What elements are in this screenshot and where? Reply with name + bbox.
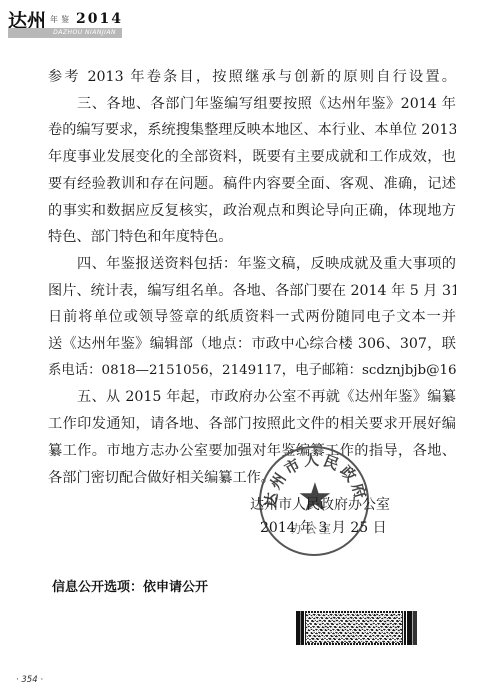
body-line: 各部门密切配合做好相关编纂工作。 bbox=[48, 465, 456, 492]
body-line: 特色、部门特色和年度特色。 bbox=[48, 224, 456, 251]
body-line: 卷的编写要求，系统搜集整理反映本地区、本行业、本单位 2013 bbox=[48, 117, 456, 144]
body-line: 参考 2013 年卷条目，按照继承与创新的原则自行设置。 bbox=[48, 64, 456, 91]
yearbook-header: 达州 年鉴 2014 DAZHOU NIANJIAN bbox=[8, 6, 123, 40]
body-line: 要有经验教训和存在问题。稿件内容要全面、客观、准确，记述 bbox=[48, 171, 456, 198]
barcode-pattern bbox=[306, 613, 402, 643]
body-line: 日前将单位或领导签章的纸质资料一式两份随同电子文本一并 bbox=[48, 304, 456, 331]
page-number: · 354 · bbox=[16, 675, 43, 685]
brand-english: DAZHOU NIANJIAN bbox=[53, 28, 116, 38]
body-line: 工作印发通知，请各地、各部门按照此文件的相关要求开展好编 bbox=[48, 411, 456, 438]
body-line: 年度事业发展变化的全部资料，既要有主要成就和工作成效，也 bbox=[48, 144, 456, 171]
barcode-icon bbox=[296, 611, 417, 645]
body-line: 的事实和数据应反复核实，政治观点和舆论导向正确，体现地方 bbox=[48, 198, 456, 225]
disclosure-option: 信息公开选项：依申请公开 bbox=[52, 576, 208, 595]
body-line: 纂工作。市地方志办公室要加强对年鉴编纂工作的指导，各地、 bbox=[48, 438, 456, 465]
body-line: 四、年鉴报送资料包括：年鉴文稿，反映成就及重大事项的 bbox=[48, 251, 456, 278]
barcode-edge-left bbox=[296, 611, 304, 645]
signing-organization: 达州市人民政府办公室 bbox=[250, 494, 390, 514]
brand-bar: DAZHOU NIANJIAN bbox=[8, 28, 122, 38]
body-line: 三、各地、各部门年鉴编写组要按照《达州年鉴》2014 年 bbox=[48, 91, 456, 118]
body-line: 送《达州年鉴》编辑部（地点：市政中心综合楼 306、307，联 bbox=[48, 331, 456, 358]
body-line: 系电话：0818—2151056，2149117，电子邮箱：scdznjbjb@… bbox=[48, 358, 456, 385]
body-line: 图片、统计表，编写组名单。各地、各部门要在 2014 年 5 月 31 bbox=[48, 278, 456, 305]
brand-nianjian: 年鉴 bbox=[50, 14, 72, 25]
body-line: 五、从 2015 年起，市政府办公室不再就《达州年鉴》编纂 bbox=[48, 384, 456, 411]
barcode-edge-right bbox=[407, 611, 417, 645]
document-body: 参考 2013 年卷条目，按照继承与创新的原则自行设置。 三、各地、各部门年鉴编… bbox=[48, 64, 456, 491]
brand-year: 2014 bbox=[76, 11, 123, 27]
signing-date: 2014 年 3 月 25 日 bbox=[260, 517, 387, 537]
